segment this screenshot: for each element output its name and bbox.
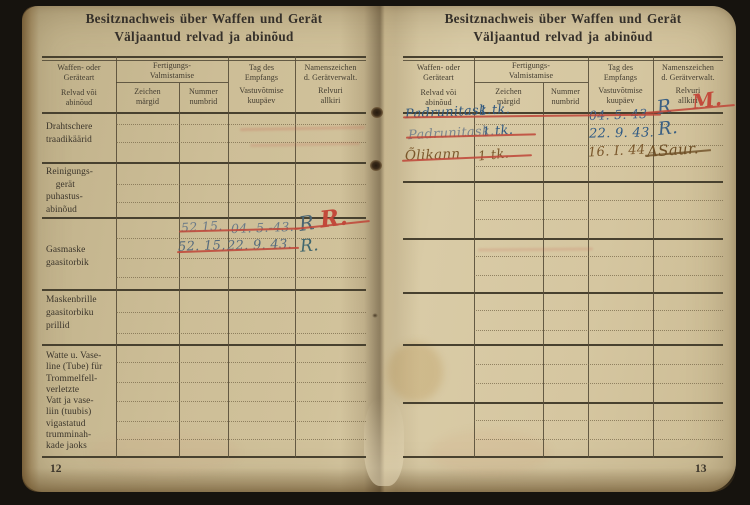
handwritten-date: 22. 9. 43. [227,237,292,254]
header-manufacture: Fertigungs- Valmistamise [116,61,228,80]
subheader-divider [474,82,588,83]
entry-dotted-line [474,256,723,257]
entry-dotted-line [116,312,366,313]
entry-dotted-line [116,382,366,383]
handwritten-date: 16. I. 44 [588,143,646,161]
handwritten-quantity: 1 tk. [481,123,513,141]
entry-dotted-line [116,184,366,185]
entry-dotted-line [116,277,366,278]
table-top-rule [42,56,366,58]
row-separator [403,344,723,346]
entry-dotted-line [116,439,366,440]
right-page-title-german: Besitznachweis über Waffen und Gerät [403,12,723,26]
table-top-rule [403,56,723,58]
header-signature-estonian: Relvuri allkiri [295,86,366,105]
column-line [543,83,544,458]
page-stack-edge-left [22,6,39,492]
entry-dotted-line [474,166,723,167]
header-manufacture: Fertigungs- Valmistamise [474,61,588,80]
header-item-german: Waffen- oder Geräteart [42,63,116,82]
row-separator [403,292,723,294]
header-number: Nummer numbrid [179,87,228,106]
header-received-german: Tag des Empfangs [588,63,653,82]
handwritten-signature: R. [299,235,319,257]
column-line [653,56,654,458]
entry-dotted-line [116,401,366,402]
binding-hole-top [371,107,383,118]
entry-dotted-line [474,310,723,311]
entry-dotted-line [116,258,366,259]
header-mark: Zeichen märgid [116,87,179,106]
paper-stain [388,342,443,402]
paper-stain [90,430,240,475]
entry-dotted-line [116,202,366,203]
entry-dotted-line [116,333,366,334]
right-page-title-estonian: Väljaantud relvad ja abinõud [403,30,723,44]
entry-dotted-line [474,383,723,384]
header-received-estonian: Vastuvõtmise kuupäev [228,86,295,105]
entry-dotted-line [116,124,366,125]
row-separator [403,402,723,404]
entry-dotted-line [474,275,723,276]
handwritten-number: 52 15. [181,218,223,235]
header-signature-german: Namenszeichen d. Gerätverwalt. [653,63,723,82]
row-label-gas-mask: Gasmaske gaasitorbik [46,244,89,270]
row-label-cotton-vaseline: Watte u. Vase- line (Tube) für Trommelfe… [46,351,102,453]
entry-dotted-line [116,362,366,363]
entry-dotted-line [116,421,366,422]
handwritten-signature: R [297,210,316,236]
left-page-title-german: Besitznachweis über Waffen und Gerät [42,12,366,26]
paper-stain [430,430,550,475]
handwritten-date: 22. 9. 43. [589,125,654,141]
header-signature-german: Namenszeichen d. Gerätverwalt. [295,63,366,82]
entry-dotted-line [474,364,723,365]
column-line [295,56,296,458]
header-item-estonian: Relvad või abinõud [42,88,116,107]
row-label-cleaning-kit: Reinigungs- gerät puhastus- abinõud [46,166,93,216]
fold-highlight [364,398,404,486]
right-page-number: 13 [695,463,707,475]
row-separator [42,162,366,164]
row-separator [403,238,723,240]
subheader-divider [116,82,228,83]
binding-hole-bottom [370,160,382,171]
photo-scene: { "booklet": { "title_de": "Besitznachwe… [0,0,750,505]
header-received-german: Tag des Empfangs [228,63,295,82]
row-separator [403,181,723,183]
column-line [116,56,117,458]
row-label-wire-cutters: Drahtschere traadikäärid [46,121,92,147]
handwritten-signature-red: M. [690,86,723,114]
entry-dotted-line [474,219,723,220]
ink-speck [372,313,378,318]
handwritten-signature-red: R. [318,203,349,233]
entry-dotted-line [474,420,723,421]
entry-dotted-line [474,200,723,201]
table-bottom-rule [403,456,723,458]
entry-dotted-line [474,439,723,440]
header-number: Nummer numbrid [543,87,588,106]
row-separator [42,112,366,114]
left-page-number: 12 [50,463,62,475]
row-separator [42,344,366,346]
handwritten-signature: R. [657,117,679,140]
row-label-mask-goggles: Maskenbrille gaasitorbiku prillid [46,294,97,333]
column-line [228,56,229,458]
table-bottom-rule [42,456,366,458]
left-page-title-estonian: Väljaantud relvad ja abinõud [42,30,366,44]
header-received-estonian: Vastuvõtmise kuupäev [588,86,653,105]
entry-dotted-line [474,330,723,331]
header-item-german: Waffen- oder Geräteart [403,63,474,82]
row-separator [42,289,366,291]
